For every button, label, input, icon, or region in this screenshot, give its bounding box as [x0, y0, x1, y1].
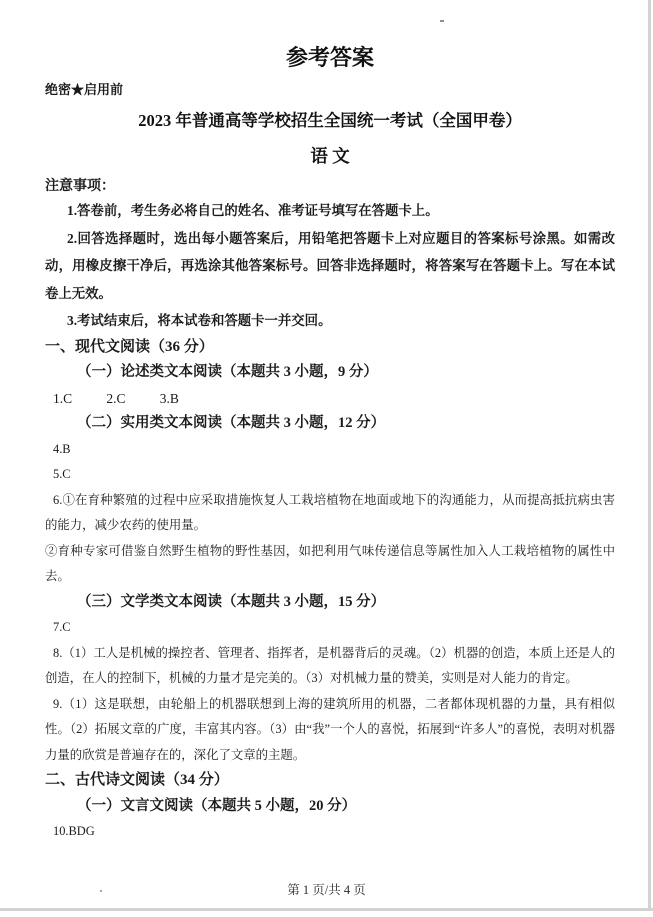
answer-q1: 1.C: [53, 386, 103, 412]
answer-q10: 10.BDG: [45, 819, 615, 845]
subsection-heading-practical-text: （二）实用类文本阅读（本题共 3 小题，12 分）: [77, 411, 615, 437]
subsection-heading-classical-chinese: （一）文言文阅读（本题共 5 小题，20 分）: [77, 794, 615, 820]
exam-title: 2023 年普通高等学校招生全国统一考试（全国甲卷）: [45, 109, 615, 132]
answer-q6-point-2: ②育种专家可借鉴自然野生植物的野性基因，如把利用气味传递信息等属性加入人工栽培植…: [45, 539, 615, 590]
subsection-heading-argumentative-text: （一）论述类文本阅读（本题共 3 小题，9 分）: [77, 360, 615, 386]
secrecy-label: 绝密★启用前: [45, 81, 615, 98]
answer-q8: 8.（1）工人是机械的操控者、管理者、指挥者，是机器背后的灵魂。（2）机器的创造…: [45, 641, 615, 692]
notes-heading: 注意事项：: [45, 178, 615, 195]
choice-answers-row: 1.C 2.C 3.B: [45, 386, 615, 412]
subsection-heading-literary-text: （三）文学类文本阅读（本题共 3 小题，15 分）: [77, 590, 615, 616]
page-number-footer: 第 1 页/共 4 页: [0, 882, 653, 898]
answer-q2: 2.C: [106, 386, 156, 412]
scan-artifact: [100, 890, 102, 892]
answer-q4: 4.B: [45, 437, 615, 463]
note-item-1: 1.答卷前，考生务必将自己的姓名、准考证号填写在答题卡上。: [45, 197, 615, 225]
document-content: 参考答案 绝密★启用前 2023 年普通高等学校招生全国统一考试（全国甲卷） 语…: [0, 0, 653, 845]
answer-q9: 9.（1）这是联想，由轮船上的机器联想到上海的建筑所用的机器，二者都体现机器的力…: [45, 692, 615, 769]
note-item-3: 3.考试结束后，将本试卷和答题卡一并交回。: [45, 307, 615, 335]
answer-q3: 3.B: [160, 386, 210, 412]
note-item-2: 2.回答选择题时，选出每小题答案后，用铅笔把答题卡上对应题目的答案标号涂黑。如需…: [45, 225, 615, 308]
document-page: 参考答案 绝密★启用前 2023 年普通高等学校招生全国统一考试（全国甲卷） 语…: [0, 0, 653, 917]
answer-q6-point-1: 6.①在育种繁殖的过程中应采取措施恢复人工栽培植物在地面或地下的沟通能力，从而提…: [45, 488, 615, 539]
scan-artifact: [440, 20, 444, 22]
answer-q7: 7.C: [45, 615, 615, 641]
section-heading-classical-poetry-reading: 二、古代诗文阅读（34 分）: [45, 768, 615, 794]
page-edge-right: [648, 0, 651, 909]
answer-key-title: 参考答案: [45, 44, 615, 72]
subject-title: 语 文: [45, 145, 615, 168]
page-edge-bottom: [0, 908, 653, 911]
answer-q5: 5.C: [45, 462, 615, 488]
section-heading-modern-text-reading: 一、现代文阅读（36 分）: [45, 335, 615, 361]
